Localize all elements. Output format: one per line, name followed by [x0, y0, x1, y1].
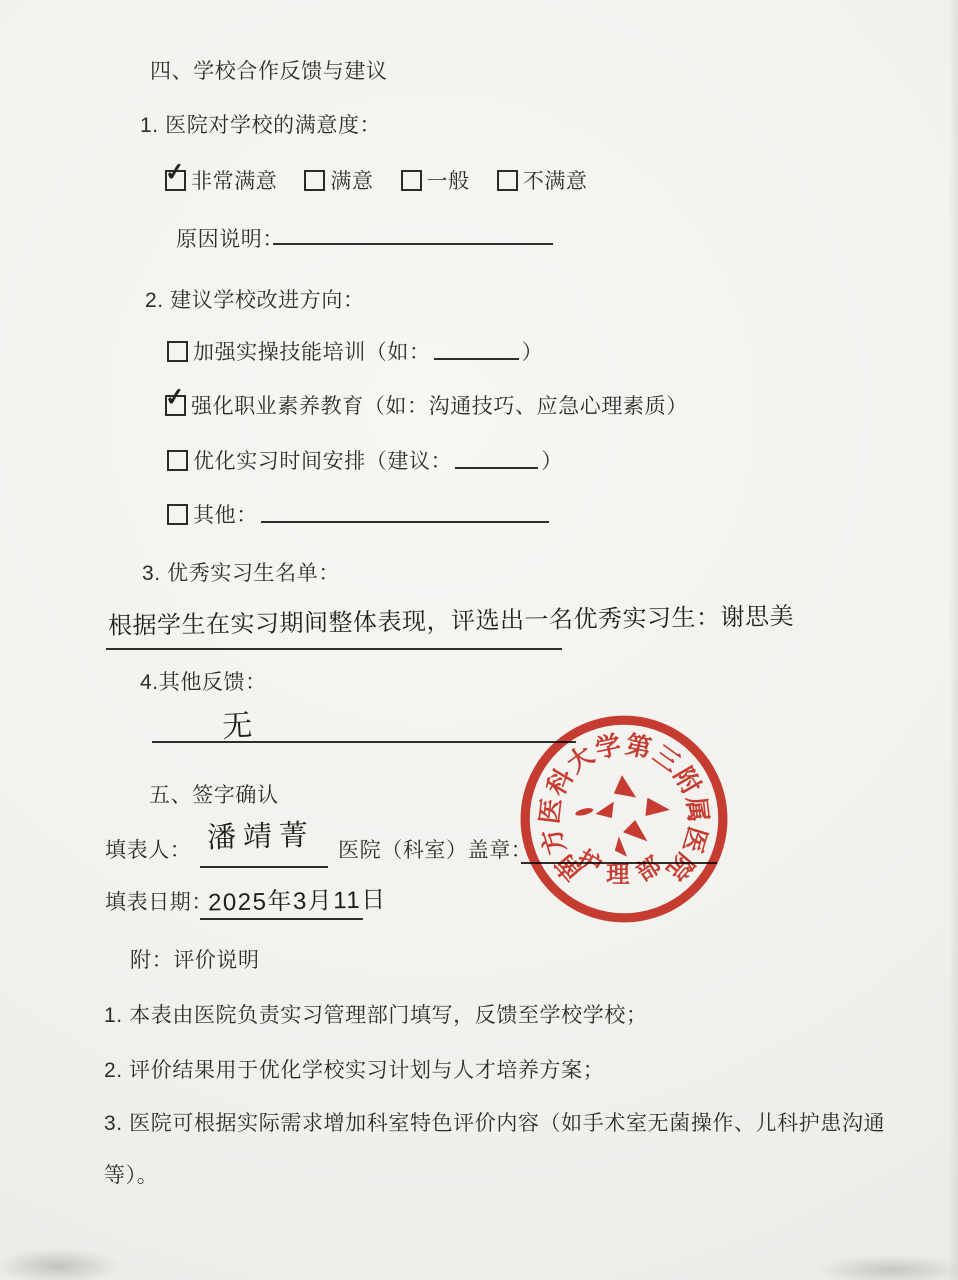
- option-unsatisfied: 不满意: [497, 165, 588, 195]
- option-label: 满意: [330, 165, 373, 195]
- q2-option-professionalism: ✓ 强化职业素养教育（如：沟通技巧、应急心理素质）: [165, 390, 688, 420]
- checkbox-satisfied[interactable]: [304, 170, 325, 191]
- blank-line: [455, 451, 538, 469]
- checkbox-average[interactable]: [401, 170, 422, 191]
- seal-emblem: [575, 775, 670, 857]
- handwritten-underline: [106, 648, 562, 650]
- section4-title: 四、学校合作反馈与建议: [150, 55, 388, 85]
- option-satisfied: 满意: [304, 165, 373, 195]
- option-label: 不满意: [523, 165, 588, 195]
- checkbox-schedule[interactable]: [167, 450, 188, 471]
- option-text: ）: [522, 336, 544, 366]
- section5-title: 五、签字确认: [149, 779, 279, 809]
- satisfaction-options-row: ✓ 非常满意 满意 一般 不满意: [165, 165, 588, 195]
- appendix-note-3: 3. 医院可根据实际需求增加科室特色评价内容（如手术室无菌操作、儿科护患沟通等）…: [104, 1098, 886, 1202]
- option-text: ）: [541, 445, 563, 475]
- q1-label: 1. 医院对学校的满意度：: [140, 109, 381, 139]
- blank-line: [261, 505, 549, 523]
- blank-line-feedback: [152, 741, 576, 743]
- hospital-seal-stamp: 南方医科大学第三附属医院 护理部: [517, 712, 731, 926]
- appendix-title: 附：评价说明: [130, 944, 260, 974]
- checkmark-icon: ✓: [164, 159, 187, 185]
- option-text: 加强实操技能培训（如：: [193, 336, 431, 366]
- option-text: 强化职业素养教育（如：沟通技巧、应急心理素质）: [191, 390, 688, 420]
- stamp-label: 医院（科室）盖章：: [338, 834, 532, 864]
- handwritten-intern-note: 根据学生在实习期间整体表现，评选出一名优秀实习生：谢思美: [108, 596, 794, 641]
- q2-option-skill-training: 加强实操技能培训（如： ）: [167, 336, 543, 366]
- handwritten-name: 潘靖菁: [206, 813, 315, 857]
- checkbox-unsatisfied[interactable]: [497, 170, 518, 191]
- checkbox-very-satisfied[interactable]: ✓: [165, 170, 186, 191]
- appendix-note-2: 2. 评价结果用于优化学校实习计划与人才培养方案；: [104, 1045, 894, 1097]
- appendix-note-1: 1. 本表由医院负责实习管理部门填写，反馈至学校学校；: [104, 990, 894, 1042]
- q2-label: 2. 建议学校改进方向：: [145, 284, 365, 314]
- option-label: 一般: [427, 165, 470, 195]
- date-label: 填表日期：: [105, 886, 213, 916]
- q4-label: 4.其他反馈：: [140, 666, 267, 696]
- reason-label: 原因说明：: [176, 223, 284, 253]
- option-average: 一般: [401, 165, 470, 195]
- blank-line: [434, 342, 519, 360]
- checkmark-icon: ✓: [164, 384, 187, 410]
- date-underline: [200, 918, 363, 920]
- filler-label: 填表人：: [105, 834, 191, 864]
- checkbox-skill-training[interactable]: [167, 341, 188, 362]
- option-very-satisfied: ✓ 非常满意: [165, 165, 277, 195]
- option-text: 其他：: [193, 499, 258, 529]
- q2-option-other: 其他：: [167, 499, 552, 529]
- handwritten-date: 2025年3月11日: [208, 879, 387, 917]
- handwritten-none: 无: [221, 700, 253, 746]
- scanned-feedback-form: 四、学校合作反馈与建议 1. 医院对学校的满意度： ✓ 非常满意 满意 一般 不…: [0, 0, 958, 1280]
- option-text: 优化实习时间安排（建议：: [193, 445, 452, 475]
- name-underline: [200, 866, 328, 868]
- blank-line-reason: [273, 243, 553, 245]
- q3-label: 3. 优秀实习生名单：: [142, 557, 340, 587]
- option-label: 非常满意: [191, 165, 277, 195]
- q2-option-schedule: 优化实习时间安排（建议： ）: [167, 445, 563, 475]
- checkbox-other[interactable]: [167, 504, 188, 525]
- checkbox-professionalism[interactable]: ✓: [165, 395, 186, 416]
